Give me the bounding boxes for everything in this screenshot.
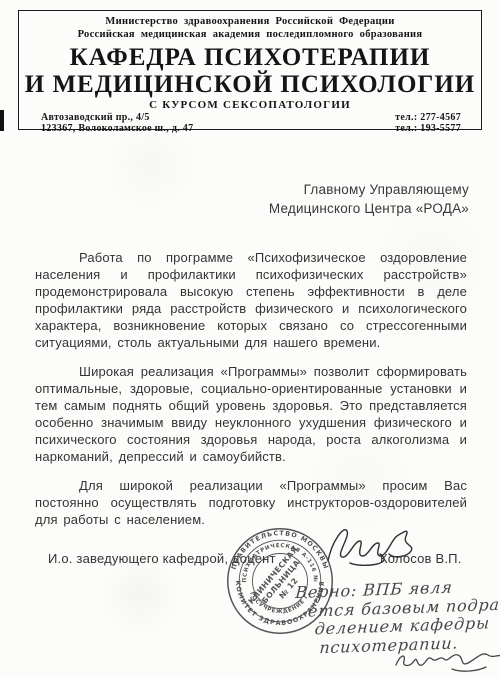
department-title-line1: КАФЕДРА ПСИХОТЕРАПИИ bbox=[19, 44, 481, 71]
address-block: Автозаводский пр., 4/5 123367, Волоколам… bbox=[41, 113, 193, 134]
address-line2: 123367, Волоколамское ш., д. 47 bbox=[41, 124, 193, 135]
addressee-block: Главному Управляющему Медицинского Центр… bbox=[269, 180, 469, 218]
scanned-letter-page: Министерство здравоохранения Российской … bbox=[0, 0, 500, 678]
body-paragraph-2: Широкая реализация «Программы» позволит … bbox=[35, 363, 467, 465]
signature-scrawl bbox=[322, 521, 426, 569]
phone-block: тел.: 277-4567 тел.: 193-5577 bbox=[395, 113, 461, 134]
body-paragraph-1: Работа по программе «Психофизическое озд… bbox=[35, 249, 467, 351]
department-title-line2: И МЕДИЦИНСКОЙ ПСИХОЛОГИИ bbox=[19, 71, 481, 98]
ministry-line: Министерство здравоохранения Российской … bbox=[19, 16, 481, 29]
department-subtitle: С КУРСОМ СЕКСОПАТОЛОГИИ bbox=[19, 99, 481, 111]
addressee-line2: Медицинского Центра «РОДА» bbox=[269, 199, 469, 218]
phone-line2: тел.: 193-5577 bbox=[395, 124, 461, 135]
phone-line1: тел.: 277-4567 bbox=[395, 113, 461, 124]
letterhead-contacts: Автозаводский пр., 4/5 123367, Волоколам… bbox=[19, 111, 481, 134]
letter-body: Работа по программе «Психофизическое озд… bbox=[35, 249, 467, 540]
handwritten-signature-scrawl bbox=[392, 645, 500, 675]
address-line1: Автозаводский пр., 4/5 bbox=[41, 113, 193, 124]
letterhead-box: Министерство здравоохранения Российской … bbox=[18, 10, 482, 130]
academy-line: Российская медицинская академия последип… bbox=[19, 29, 481, 42]
addressee-line1: Главному Управляющему bbox=[269, 180, 469, 199]
scan-edge-artifact bbox=[0, 110, 4, 131]
